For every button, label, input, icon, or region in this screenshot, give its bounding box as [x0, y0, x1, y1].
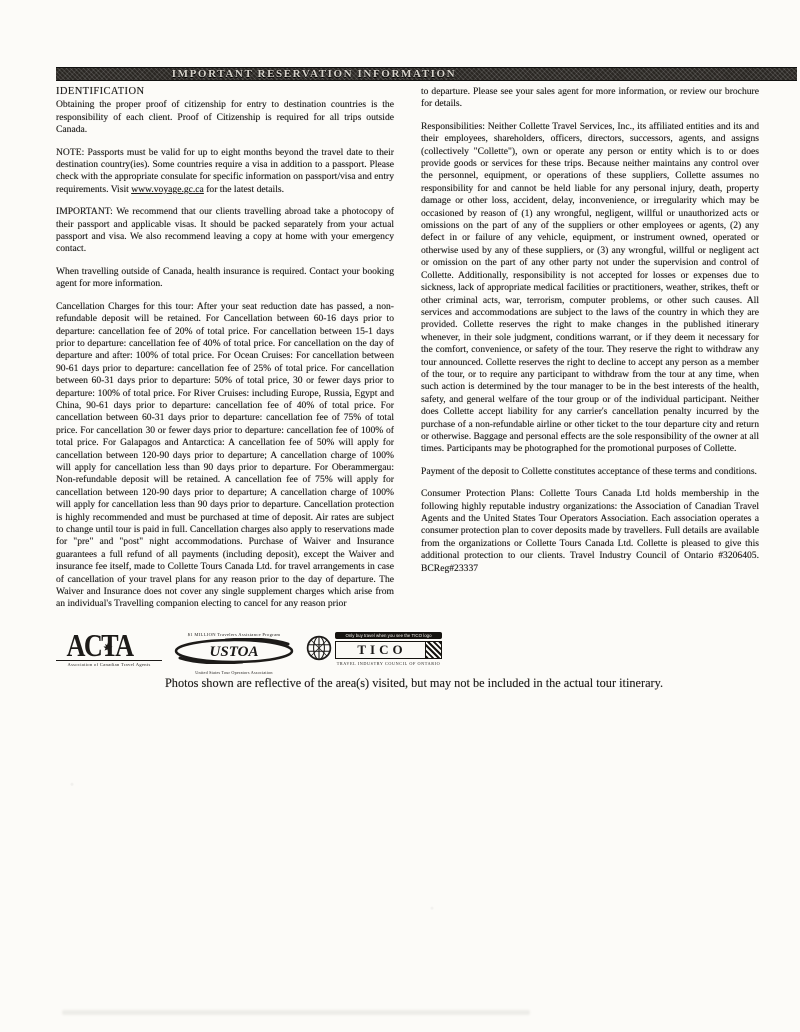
- ustoa-bottom-text: United States Tour Operators Association: [172, 670, 296, 675]
- note-text-after: for the latest details.: [204, 184, 284, 195]
- tico-logo: Only buy travel when you see the TICO lo…: [306, 632, 442, 666]
- acta-wordmark: ACTA: [56, 630, 143, 660]
- ustoa-oval-icon: USTOA: [172, 638, 296, 664]
- passport-note-paragraph: NOTE: Passports must be valid for up to …: [56, 147, 394, 197]
- voyage-url-text: www.voyage.gc.ca: [131, 184, 204, 195]
- continuation-paragraph: to departure. Please see your sales agen…: [421, 86, 759, 111]
- identification-heading: IDENTIFICATION: [56, 86, 394, 98]
- important-photocopy-paragraph: IMPORTANT: We recommend that our clients…: [56, 206, 394, 256]
- association-logos-row: ACTA Association of Canadian Travel Agen…: [56, 630, 442, 675]
- photos-disclaimer: Photos shown are reflective of the area(…: [0, 676, 800, 691]
- responsibilities-paragraph: Responsibilities: Neither Collette Trave…: [421, 121, 759, 456]
- tico-word-box: TICO: [335, 641, 442, 659]
- ustoa-wordmark: USTOA: [210, 644, 259, 660]
- scan-artifact: [62, 1010, 530, 1015]
- tico-slogan-bar: Only buy travel when you see the TICO lo…: [335, 632, 442, 639]
- ustoa-logo: $1 MILLION Travelers Assistance Program …: [172, 632, 296, 675]
- tico-tagline: TRAVEL INDUSTRY COUNCIL OF ONTARIO: [335, 661, 442, 666]
- consumer-protection-paragraph: Consumer Protection Plans: Collette Tour…: [421, 488, 759, 575]
- health-insurance-paragraph: When travelling outside of Canada, healt…: [56, 266, 394, 291]
- globe-icon: [306, 635, 332, 661]
- scanned-document-page: IMPORTANT RESERVATION INFORMATION IDENTI…: [0, 0, 800, 1032]
- identification-paragraph: Obtaining the proper proof of citizenshi…: [56, 99, 394, 136]
- payment-acceptance-paragraph: Payment of the deposit to Collette const…: [421, 466, 759, 478]
- section-banner: IMPORTANT RESERVATION INFORMATION: [56, 67, 797, 81]
- acta-logo: ACTA Association of Canadian Travel Agen…: [56, 630, 162, 667]
- tico-mark: Only buy travel when you see the TICO lo…: [335, 632, 442, 666]
- left-column: IDENTIFICATION Obtaining the proper proo…: [56, 86, 394, 621]
- maple-leaf-icon: [103, 642, 113, 652]
- banner-title: IMPORTANT RESERVATION INFORMATION: [172, 68, 456, 80]
- ustoa-top-text: $1 MILLION Travelers Assistance Program: [172, 632, 296, 637]
- tico-wordmark: TICO: [336, 642, 425, 658]
- tico-stripe-mark-icon: [425, 642, 441, 658]
- cancellation-charges-paragraph: Cancellation Charges for this tour: Afte…: [56, 301, 394, 611]
- right-column: to departure. Please see your sales agen…: [421, 86, 759, 585]
